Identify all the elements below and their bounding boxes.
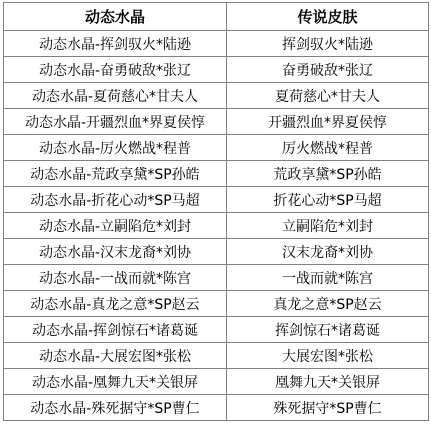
- legend-skin-cell: 开疆烈血*界夏侯惇: [227, 109, 429, 135]
- dynamic-crystal-cell: 动态水晶-厉火燃战*程普: [4, 135, 227, 161]
- legend-skin-cell: 奋勇破敌*张辽: [227, 57, 429, 83]
- dynamic-crystal-cell: 动态水晶-奋勇破敌*张辽: [4, 57, 227, 83]
- table-row: 动态水晶-真龙之意*SP赵云真龙之意*SP赵云: [4, 291, 429, 317]
- legend-skin-cell: 折花心动*SP马超: [227, 187, 429, 213]
- table-row: 动态水晶-开疆烈血*界夏侯惇开疆烈血*界夏侯惇: [4, 109, 429, 135]
- dynamic-crystal-cell: 动态水晶-殊死据守*SP曹仁: [4, 395, 227, 421]
- column-header-legend-skin: 传说皮肤: [227, 3, 429, 31]
- table-header-row: 动态水晶 传说皮肤: [4, 3, 429, 31]
- legend-skin-cell: 立嗣陷危*刘封: [227, 213, 429, 239]
- legend-skin-cell: 荒政享黛*SP孙皓: [227, 161, 429, 187]
- table-body: 动态水晶-挥剑驭火*陆逊挥剑驭火*陆逊动态水晶-奋勇破敌*张辽奋勇破敌*张辽动态…: [4, 31, 429, 421]
- legend-skin-cell: 真龙之意*SP赵云: [227, 291, 429, 317]
- table-row: 动态水晶-大展宏图*张松大展宏图*张松: [4, 343, 429, 369]
- table-row: 动态水晶-挥剑惊石*诸葛诞挥剑惊石*诸葛诞: [4, 317, 429, 343]
- table-row: 动态水晶-凰舞九天*关银屏凰舞九天*关银屏: [4, 369, 429, 395]
- dynamic-crystal-cell: 动态水晶-凰舞九天*关银屏: [4, 369, 227, 395]
- dynamic-crystal-cell: 动态水晶-立嗣陷危*刘封: [4, 213, 227, 239]
- column-header-dynamic-crystal: 动态水晶: [4, 3, 227, 31]
- table-row: 动态水晶-厉火燃战*程普厉火燃战*程普: [4, 135, 429, 161]
- dynamic-crystal-cell: 动态水晶-夏荷慈心*甘夫人: [4, 83, 227, 109]
- dynamic-crystal-cell: 动态水晶-折花心动*SP马超: [4, 187, 227, 213]
- legend-skin-cell: 大展宏图*张松: [227, 343, 429, 369]
- legend-skin-cell: 一战而就*陈宫: [227, 265, 429, 291]
- dynamic-crystal-cell: 动态水晶-真龙之意*SP赵云: [4, 291, 227, 317]
- legend-skin-cell: 殊死据守*SP曹仁: [227, 395, 429, 421]
- legend-skin-cell: 凰舞九天*关银屏: [227, 369, 429, 395]
- dynamic-crystal-cell: 动态水晶-一战而就*陈宫: [4, 265, 227, 291]
- table-row: 动态水晶-挥剑驭火*陆逊挥剑驭火*陆逊: [4, 31, 429, 57]
- table-row: 动态水晶-一战而就*陈宫一战而就*陈宫: [4, 265, 429, 291]
- table-row: 动态水晶-立嗣陷危*刘封立嗣陷危*刘封: [4, 213, 429, 239]
- table-row: 动态水晶-折花心动*SP马超折花心动*SP马超: [4, 187, 429, 213]
- dynamic-crystal-cell: 动态水晶-挥剑驭火*陆逊: [4, 31, 227, 57]
- legend-skin-cell: 挥剑惊石*诸葛诞: [227, 317, 429, 343]
- table-row: 动态水晶-荒政享黛*SP孙皓荒政享黛*SP孙皓: [4, 161, 429, 187]
- dynamic-crystal-cell: 动态水晶-荒政享黛*SP孙皓: [4, 161, 227, 187]
- legend-skin-cell: 汉末龙裔*刘协: [227, 239, 429, 265]
- table-row: 动态水晶-汉末龙裔*刘协汉末龙裔*刘协: [4, 239, 429, 265]
- legend-skin-cell: 厉火燃战*程普: [227, 135, 429, 161]
- table-row: 动态水晶-奋勇破敌*张辽奋勇破敌*张辽: [4, 57, 429, 83]
- dynamic-crystal-cell: 动态水晶-大展宏图*张松: [4, 343, 227, 369]
- dynamic-crystal-cell: 动态水晶-汉末龙裔*刘协: [4, 239, 227, 265]
- table-row: 动态水晶-夏荷慈心*甘夫人夏荷慈心*甘夫人: [4, 83, 429, 109]
- table-row: 动态水晶-殊死据守*SP曹仁殊死据守*SP曹仁: [4, 395, 429, 421]
- skin-mapping-table: 动态水晶 传说皮肤 动态水晶-挥剑驭火*陆逊挥剑驭火*陆逊动态水晶-奋勇破敌*张…: [3, 2, 429, 421]
- legend-skin-cell: 挥剑驭火*陆逊: [227, 31, 429, 57]
- dynamic-crystal-cell: 动态水晶-开疆烈血*界夏侯惇: [4, 109, 227, 135]
- dynamic-crystal-cell: 动态水晶-挥剑惊石*诸葛诞: [4, 317, 227, 343]
- legend-skin-cell: 夏荷慈心*甘夫人: [227, 83, 429, 109]
